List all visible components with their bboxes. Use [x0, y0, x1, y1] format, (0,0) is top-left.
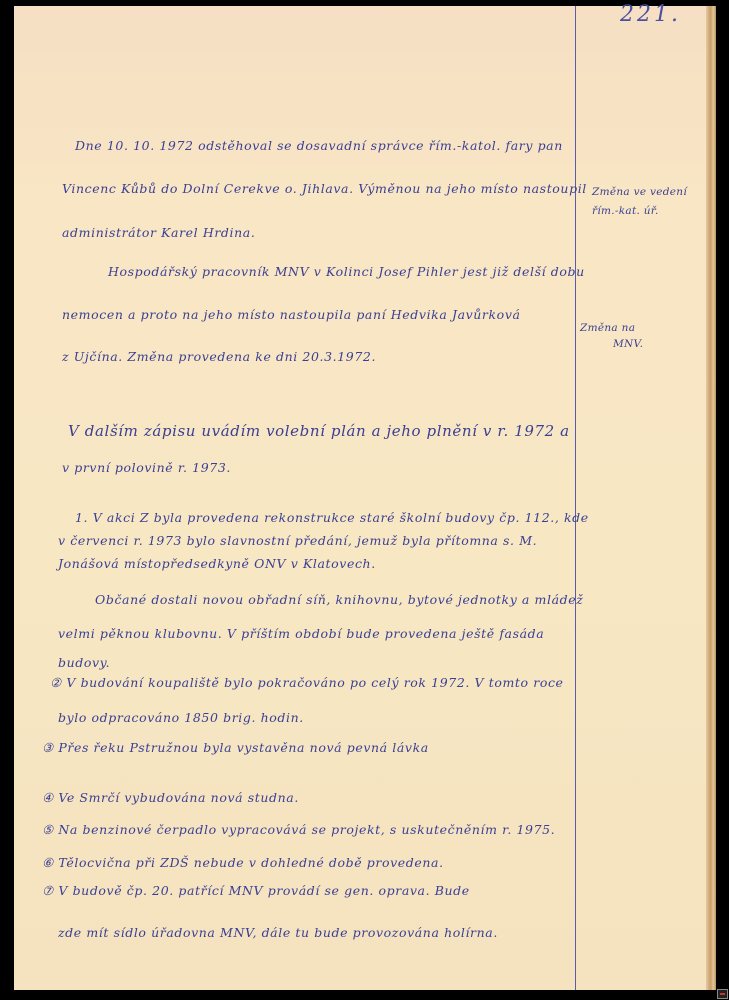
handwritten-line: zde mít sídlo úřadovna MNV, dále tu bude…	[58, 925, 498, 940]
handwritten-line: z Ujčína. Změna provedena ke dni 20.3.19…	[62, 349, 376, 364]
page-binding-edge	[706, 6, 716, 990]
handwritten-line: velmi pěknou klubovnu. V příštím období …	[58, 626, 544, 641]
handwritten-line: Jonášová místopředsedkyně ONV v Klatovec…	[58, 556, 376, 571]
handwritten-line: v červenci r. 1973 bylo slavnostní předá…	[58, 533, 537, 548]
page-number: 221.	[620, 2, 681, 27]
handwritten-line: ⑦ V budově čp. 20. patřící MNV provádí s…	[42, 883, 470, 898]
handwritten-line: Dne 10. 10. 1972 odstěhoval se dosavadní…	[75, 138, 563, 153]
handwritten-line: bylo odpracováno 1850 brig. hodin.	[58, 710, 304, 725]
handwritten-line: budovy.	[58, 655, 110, 670]
handwritten-line: v první polovině r. 1973.	[62, 460, 231, 475]
handwritten-line: ⑥ Tělocvična při ZDŠ nebude v dohledné d…	[42, 855, 444, 870]
handwritten-line: ⑤ Na benzinové čerpadlo vypracovává se p…	[42, 822, 555, 837]
handwritten-line: Vincenc Kůbů do Dolní Cerekve o. Jihlava…	[62, 181, 587, 196]
margin-note: Změna na	[580, 322, 635, 334]
handwritten-line: Hospodářský pracovník MNV v Kolinci Jose…	[108, 264, 585, 279]
chronicle-page	[14, 6, 706, 990]
handwritten-line: ③ Přes řeku Pstružnou byla vystavěna nov…	[42, 740, 429, 755]
handwritten-line: 1. V akci Z byla provedena rekonstrukce …	[75, 510, 589, 525]
handwritten-line: administrátor Karel Hrdina.	[62, 225, 255, 240]
margin-rule-line	[575, 6, 576, 990]
handwritten-line: ④ Ve Smrčí vybudována nová studna.	[42, 790, 299, 805]
window-minimize-icon[interactable]	[717, 989, 728, 999]
handwritten-line: ② V budování koupaliště bylo pokračováno…	[50, 675, 564, 690]
margin-note: MNV.	[613, 338, 643, 350]
handwritten-line: Občané dostali novou obřadní síň, knihov…	[95, 592, 583, 607]
margin-note: Změna ve vedení	[592, 186, 687, 198]
margin-note: řím.-kat. úř.	[592, 205, 659, 217]
handwritten-line: nemocen a proto na jeho místo nastoupila…	[62, 307, 521, 322]
handwritten-line: V dalším zápisu uvádím volební plán a je…	[68, 422, 570, 440]
